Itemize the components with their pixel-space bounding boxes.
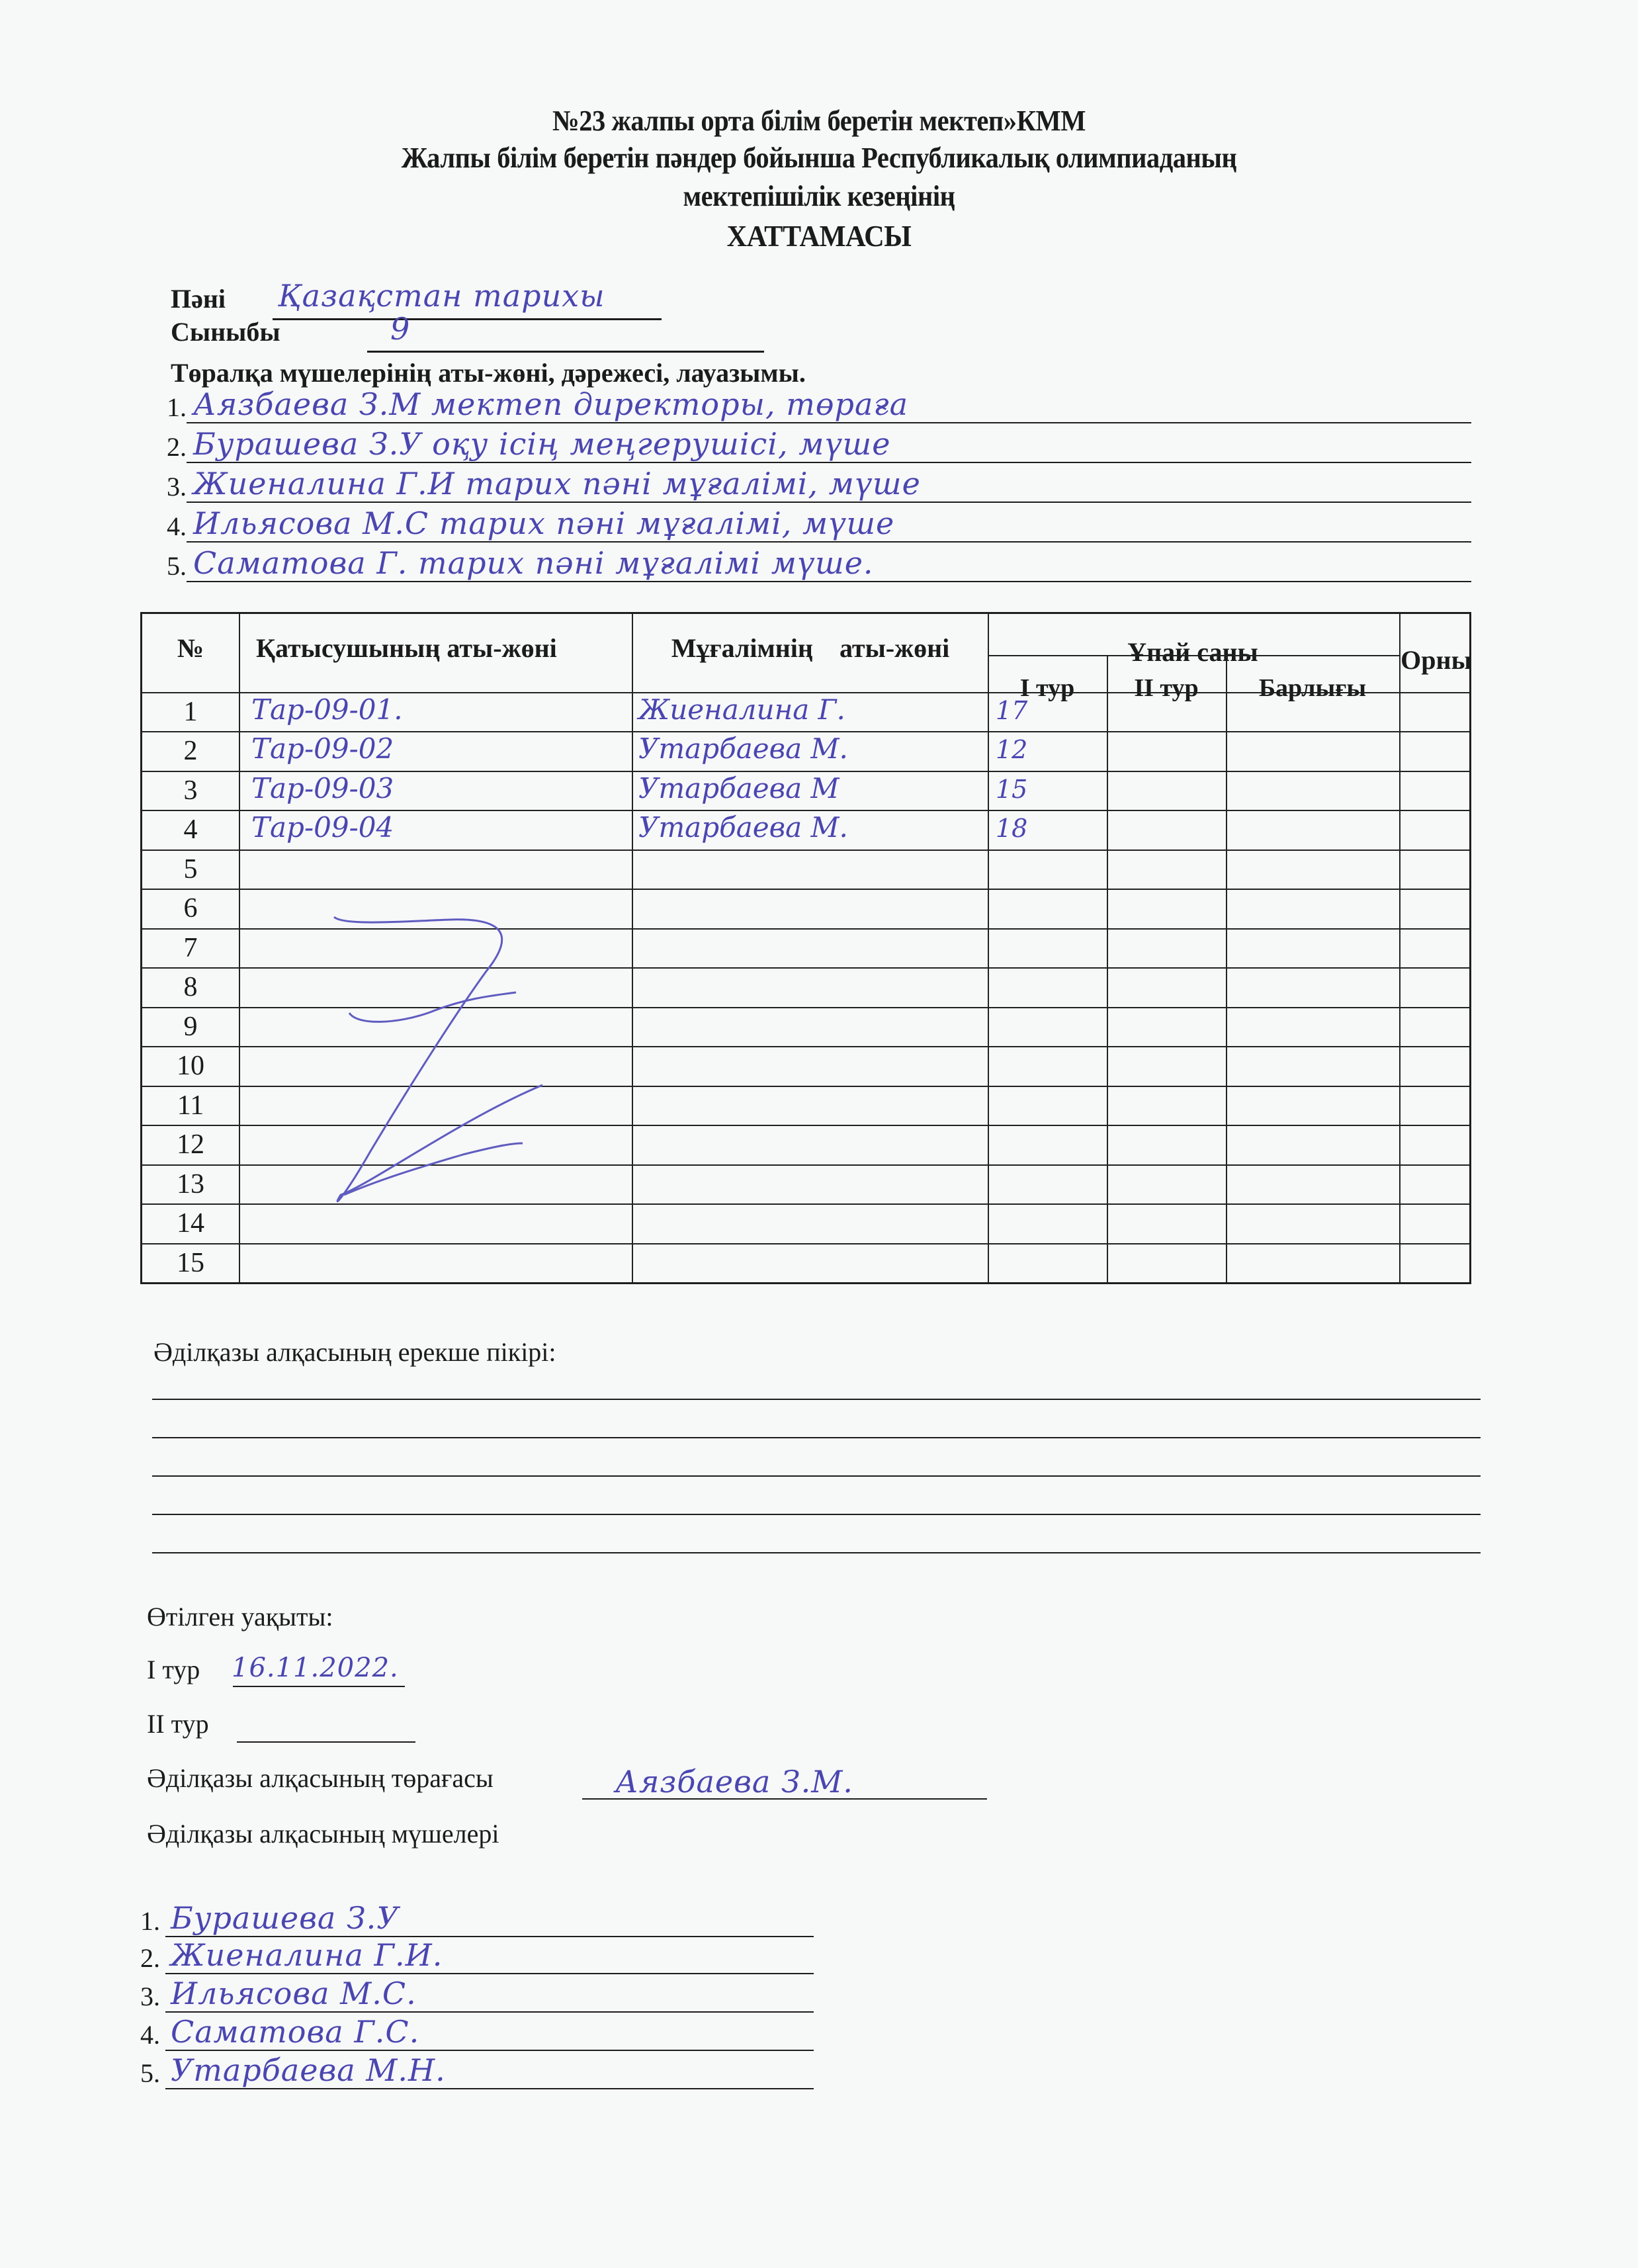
schedule-label: Өтілген уақыты: — [147, 1601, 333, 1632]
member-signature[interactable]: Утарбаева М.Н. — [171, 2052, 446, 2088]
chair-label: Әділқазы алқасының төрағасы — [147, 1763, 494, 1794]
member-number: 1. — [140, 1905, 160, 1937]
round1-underline — [233, 1686, 405, 1687]
round1-date[interactable]: 16.11.2022. — [232, 1653, 399, 1683]
member-underline — [165, 2088, 814, 2089]
member-number: 4. — [140, 2019, 160, 2050]
member-number: 3. — [140, 1981, 160, 2012]
member-number: 2. — [140, 1942, 160, 1974]
member-signature[interactable]: Ильясова М.С. — [171, 1976, 417, 2011]
round2-label: ІІ тур — [147, 1708, 209, 1739]
member-underline — [165, 2011, 814, 2013]
chair-signature[interactable]: Аязбаева З.М. — [615, 1764, 853, 1800]
opinion-line[interactable] — [152, 1399, 1481, 1400]
opinion-line[interactable] — [152, 1475, 1481, 1477]
opinion-label: Әділқазы алқасының ерекше пікірі: — [153, 1336, 556, 1368]
member-signature[interactable]: Жиеналина Г.И. — [171, 1937, 443, 1973]
opinion-line[interactable] — [152, 1552, 1481, 1553]
member-underline — [165, 2050, 814, 2051]
round1-label: І тур — [147, 1654, 200, 1685]
member-signature[interactable]: Саматова Г.С. — [171, 2014, 419, 2050]
members-label: Әділқазы алқасының мүшелері — [147, 1818, 499, 1849]
opinion-line[interactable] — [152, 1514, 1481, 1515]
round2-underline — [237, 1741, 415, 1743]
member-signature[interactable]: Бурашева З.У — [171, 1900, 400, 1936]
member-underline — [165, 1973, 814, 1974]
member-number: 5. — [140, 2058, 160, 2089]
opinion-line[interactable] — [152, 1437, 1481, 1438]
